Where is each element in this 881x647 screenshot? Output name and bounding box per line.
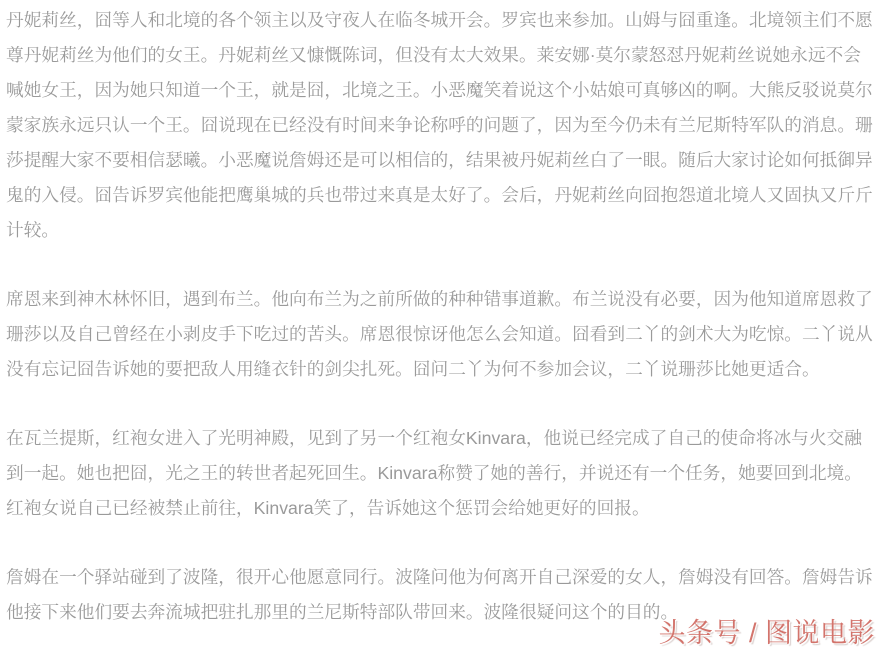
article-paragraph: 席恩来到神木林怀旧，遇到布兰。他向布兰为之前所做的种种错事道歉。布兰说没有必要，… (6, 282, 875, 387)
article-paragraph: 丹妮莉丝，囧等人和北境的各个领主以及守夜人在临冬城开会。罗宾也来参加。山姆与囧重… (6, 3, 875, 248)
article-body: 丹妮莉丝，囧等人和北境的各个领主以及守夜人在临冬城开会。罗宾也来参加。山姆与囧重… (0, 0, 881, 630)
watermark: 头条号 / 图说电影 (658, 611, 875, 647)
article-paragraph: 在瓦兰提斯，红袍女进入了光明神殿，见到了另一个红袍女Kinvara，他说已经完成… (6, 421, 875, 526)
